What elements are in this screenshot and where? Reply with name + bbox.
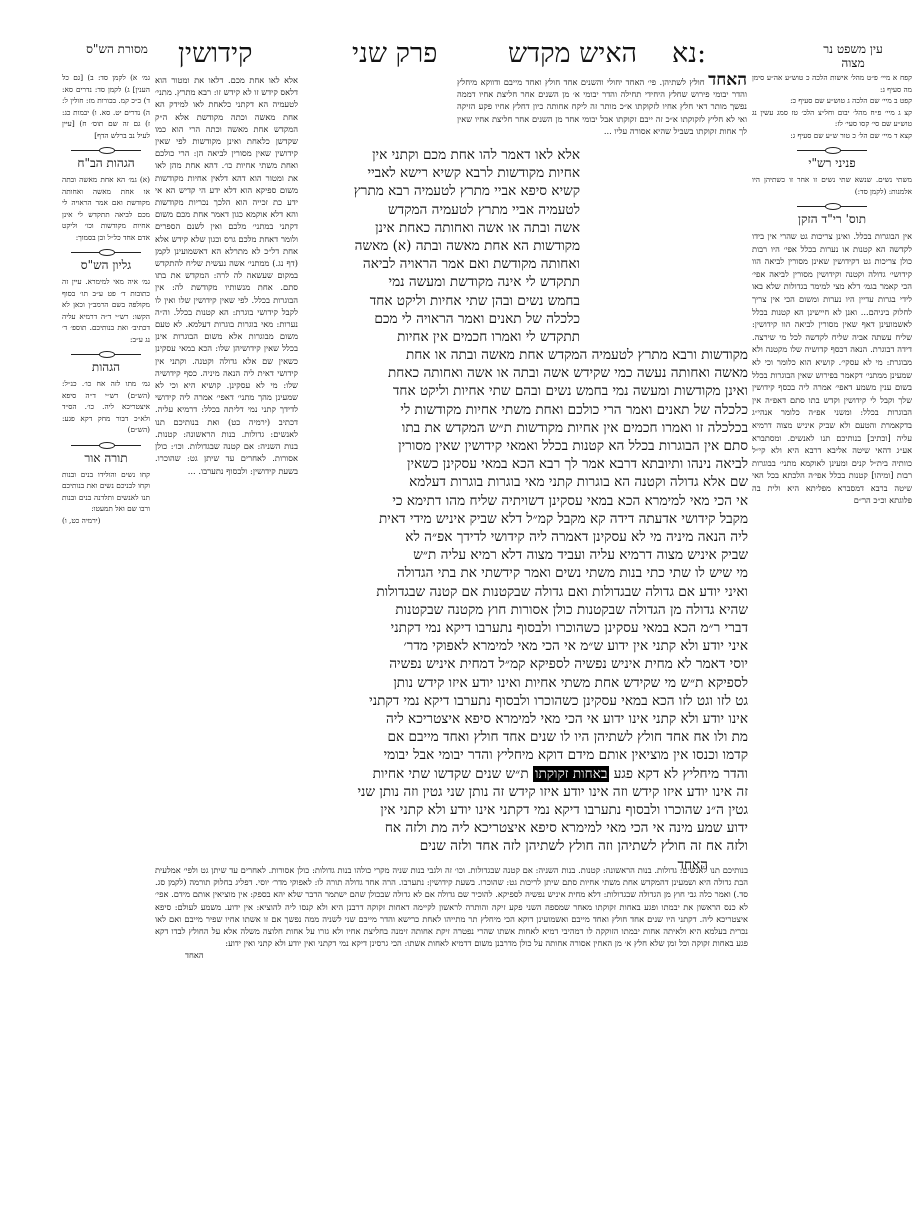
gemara-line: שביק איניש מצוה דרמיא עליה ועביד מצוה דל… bbox=[310, 546, 748, 564]
torah-or-title: תורה אור bbox=[62, 451, 150, 466]
gemara-line: אלא לאו דאמר להו אחת מכם וקתני אין bbox=[310, 146, 580, 164]
daf-number: נא: bbox=[672, 38, 706, 69]
gemara-line: זה אינו יודע איזו קידש וזה אינו יודע איז… bbox=[310, 783, 748, 801]
gemara-line: בכלכלה זו ואמרו חכמים אין אחיות מקודשות … bbox=[310, 419, 748, 437]
hagahot-bach-title: הגהות הב"ח bbox=[62, 156, 150, 171]
gemara-line: גט לזו וגט לזו הכא במאי עסקינן כשהוכרו ו… bbox=[310, 692, 748, 710]
gemara-line: והדר מיחליץ לא דקא פגע באחות זקוקתו ת״ש … bbox=[310, 765, 748, 783]
torah-or-ref: (ירמיה כט, ו) bbox=[62, 515, 150, 527]
side-commentary-text: אלא לאו אחת מכם. דלאו את ומטור הוא דלאס … bbox=[155, 75, 298, 476]
gemara-line: ואיני יודע אם גדולה שבגדולות ואם גדולה ש… bbox=[310, 583, 748, 601]
right-margin-column: קפח א מיי׳ פ״ט מהל׳ אישות הלכה כ טוש״ע א… bbox=[752, 72, 912, 507]
hagahot-title: הגהות bbox=[62, 360, 150, 375]
ornament-divider-icon bbox=[71, 442, 141, 448]
ein-mishpat-entry: קצ ג מיי׳ פ״ח מהל׳ יבום וחל״צ הלכ׳ טז סמ… bbox=[752, 107, 912, 130]
ein-mishpat-section: קפח א מיי׳ פ״ט מהל׳ אישות הלכה כ טוש״ע א… bbox=[752, 72, 912, 141]
gemara-line: איני יודע ולא קתני אין ידוע ש״מ אי הכי מ… bbox=[310, 637, 748, 655]
ornament-divider-icon bbox=[797, 147, 867, 153]
gemara-line: יוסי דאמר לא מחית איניש נפשיה לספיקא קמ״… bbox=[310, 655, 748, 673]
ein-mishpat-entry: קפח א מיי׳ פ״ט מהל׳ אישות הלכה כ טוש״ע א… bbox=[752, 72, 912, 95]
gemara-line: ידוע שמע מינה אי הכי מאי למימרא סיפא איצ… bbox=[310, 819, 748, 837]
gemara-line: תתקדש לי אינה מקודשת ומעשה נמי bbox=[310, 273, 580, 291]
top-commentary: האחד חולץ לשתיהן. פי׳ האחד יחולי והשנים … bbox=[457, 74, 747, 137]
top-commentary-text: חולץ לשתיהן. פי׳ האחד יחולי והשנים אחד ח… bbox=[457, 77, 747, 136]
gemara-line: שהיא גדולה מן הגדולה שבקטנות כולן אסורות… bbox=[310, 601, 748, 619]
ornament-divider-icon bbox=[797, 203, 867, 209]
tosafot-rid-title: תוס' רי"ד הזקן bbox=[752, 212, 912, 227]
pninei-rashi-text: משתי נשים. שנשא שתי נשים זו אחר זו כשתיה… bbox=[752, 174, 912, 197]
ein-mishpat-entry: קצא ד מיי׳ שם הל׳ כ טור ש״ע שם סעיף ג: bbox=[752, 130, 912, 142]
gemara-line: אי הכי מאי למימרא הכא במאי עסקינן דשויתי… bbox=[310, 492, 748, 510]
gemara-line: מאשה ואחותה נעשה כמי שקידש אשה ובתה או א… bbox=[310, 364, 748, 382]
tractate-title: קידושין bbox=[178, 38, 253, 69]
gemara-line: אחיות מקודשות לרבא קשיא רישא לאביי bbox=[310, 164, 580, 182]
torah-or-text: קחו נשים והולידו בנים ובנות וקחו לבניכם … bbox=[62, 469, 150, 515]
gemara-line: לספיקא ת״ש מי שקידש אחת משתי אחיות ואינו… bbox=[310, 674, 748, 692]
gilyon-hashas-title: גליון הש"ס bbox=[62, 258, 150, 273]
gemara-line: ולזה אח זה חולץ לשתיהן וזה חולץ לשתיהן ל… bbox=[310, 837, 748, 855]
gemara-line: שם אלא גדולה וקטנה הא בוגרות קתני מאי בו… bbox=[310, 473, 748, 491]
gemara-line: ליה הנאה מיניה מי לא עסקינן דאמרה ליה קי… bbox=[310, 528, 748, 546]
gemara-line: מת ולו אח אחד חולץ לשתיהן היו לו שנים אח… bbox=[310, 728, 748, 746]
gemara-line: סתם אין הבוגרות בכלל הא קטנות בכלל ואמאי… bbox=[310, 437, 748, 455]
chapter-name: האיש מקדש bbox=[508, 38, 637, 69]
ornament-divider-icon bbox=[71, 147, 141, 153]
bottom-commentary-text: בנותיכם תנו לאנשים: גדולות. בנות הראשונה… bbox=[155, 865, 748, 948]
ein-mishpat-entry: קפט ב מיי׳ שם הלכה ג טוש״ע שם סעיף כ: bbox=[752, 95, 912, 107]
gemara-line: מקבל קידושי אדעתה דידה קא מקבל קמ״ל דלא … bbox=[310, 510, 748, 528]
gemara-lower: מקודשות ורבא מתרץ לטעמיה המקדש אחת מאשה … bbox=[310, 346, 748, 874]
gemara-line: קשיא סיפא אביי מתרץ לטעמיה רבא מתרץ bbox=[310, 182, 580, 200]
gemara-line: דברי ר״מ הכא במאי עסקינן כשהוכרו ולבסוף … bbox=[310, 619, 748, 637]
pninei-rashi-title: פניני רש"י bbox=[752, 156, 912, 171]
bottom-catchword: האחד bbox=[155, 949, 748, 961]
left-margin-column: גמ׳ א) לקמן סד: ב) [גם כל הענין] ג) לקמן… bbox=[62, 72, 150, 526]
ornament-divider-icon bbox=[71, 351, 141, 357]
hagahot-bach-text: (א) גמ׳ הא אחת מאשה ובתה או אחת מאשה ואח… bbox=[62, 174, 150, 243]
highlighted-phrase[interactable]: באחות זקוקתו bbox=[533, 766, 609, 782]
gemara-line: ואחותה מקודשת ואם אמר הראויה לביאה bbox=[310, 255, 580, 273]
gemara-line: קדמו וכנסו אין מוציאין אותם מידם דוקא מי… bbox=[310, 746, 748, 764]
gemara-line: בחמש נשים ובהן שתי אחיות וליקט אחד bbox=[310, 292, 580, 310]
gemara-line: כלכלה של תאנים ואמר הראויה לי מכם bbox=[310, 310, 580, 328]
ornament-divider-icon bbox=[71, 249, 141, 255]
gemara-line: כלכלה של תאנים ואמר הרי כולכם ואחת משתי … bbox=[310, 401, 748, 419]
gemara-line: לביאה נינהו ותיובתא דרבא אמר לך רבא הכא … bbox=[310, 455, 748, 473]
ein-mishpat-title: עין משפט נר מצוה bbox=[820, 42, 886, 70]
side-commentary: אלא לאו אחת מכם. דלאו את ומטור הוא דלאס … bbox=[155, 74, 298, 814]
gemara-upper: אלא לאו דאמר להו אחת מכם וקתני אין אחיות… bbox=[310, 146, 580, 346]
gemara-line: אשה ובתה או אשה ואחותה כאחת אינן bbox=[310, 219, 580, 237]
gemara-line: תתקדש לי ואמרו חכמים אין אחיות bbox=[310, 328, 580, 346]
gemara-line: מי שיש לו שתי כתי בנות משתי נשים ואמר קי… bbox=[310, 564, 748, 582]
gemara-line: אינו יודע ולא קתני אינו ידוע אי הכי מאי … bbox=[310, 710, 748, 728]
gemara-line-part: ת״ש שנים שקדשו שתי אחיות bbox=[373, 766, 529, 782]
gilyon-hashas-text: גמ׳ איה מאי למימרא. עיין זה כתובות ד׳ פט… bbox=[62, 276, 150, 345]
gemara-line: ואינן מקודשות ומעשה נמי בחמש נשים ובהם ש… bbox=[310, 382, 748, 400]
gemara-line-part: והדר מיחליץ לא דקא פגע bbox=[614, 766, 748, 782]
gemara-line: לטעמיה אביי מתרץ לטעמיה המקדש bbox=[310, 201, 580, 219]
dibbur-hamatchil: האחד bbox=[708, 70, 747, 90]
gemara-line: גטין ה״נ שהוכרו ולבסוף נתערבו דיקא נמי ד… bbox=[310, 801, 748, 819]
masoret-text: גמ׳ א) לקמן סד: ב) [גם כל הענין] ג) לקמן… bbox=[62, 72, 150, 141]
hagahot-text: גמ׳ מתו לזה אח כו׳. כנ״ל: (הש״ם) רש״י ד״… bbox=[62, 378, 150, 436]
gemara-line: מקודשות הא אחת מאשה ובתה (א) מאשה bbox=[310, 237, 580, 255]
gemara-line: מקודשות ורבא מתרץ לטעמיה המקדש אחת מאשה … bbox=[310, 346, 748, 364]
bottom-commentary: בנותיכם תנו לאנשים: גדולות. בנות הראשונה… bbox=[155, 864, 748, 962]
masoret-title: מסורת הש"ס bbox=[82, 42, 152, 56]
tosafot-rid-text: אין הבוגרות בכלל. ואינן צריכות גט שהרי א… bbox=[752, 230, 912, 507]
chapter-label: פרק שני bbox=[352, 38, 437, 69]
